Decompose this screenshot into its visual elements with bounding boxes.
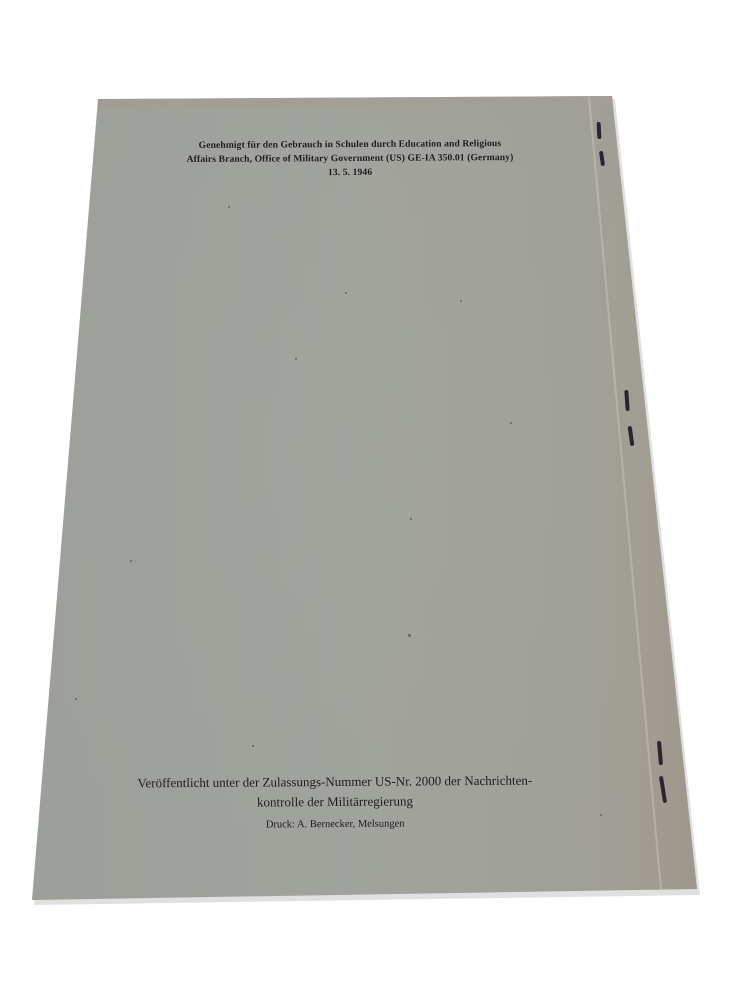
paper-speck [408, 634, 411, 637]
paper-speck [130, 560, 132, 562]
paper-speck [410, 518, 412, 520]
paper-speck [510, 422, 512, 424]
printer-credit: Druck: A. Bernecker, Melsungen [100, 813, 570, 836]
staple-icon [597, 122, 602, 139]
publication-notice: Veröffentlicht unter der Zulassungs-Numm… [100, 770, 570, 836]
paper-speck [228, 206, 230, 208]
publication-line-1: Veröffentlicht unter der Zulassungs-Numm… [100, 770, 570, 793]
publication-line-2: kontrolle der Militärregierung [100, 790, 570, 813]
paper-speck [252, 745, 254, 747]
paper-speck [75, 698, 77, 700]
approval-notice: Genehmigt für den Gebrauch in Schulen du… [150, 137, 550, 181]
paper-speck [600, 814, 602, 816]
paper-speck [460, 300, 462, 302]
paper-speck [295, 358, 297, 360]
approval-date: 13. 5. 1946 [150, 165, 550, 181]
paper-speck [345, 292, 347, 294]
approval-line-2: Affairs Branch, Office of Military Gover… [150, 151, 550, 167]
